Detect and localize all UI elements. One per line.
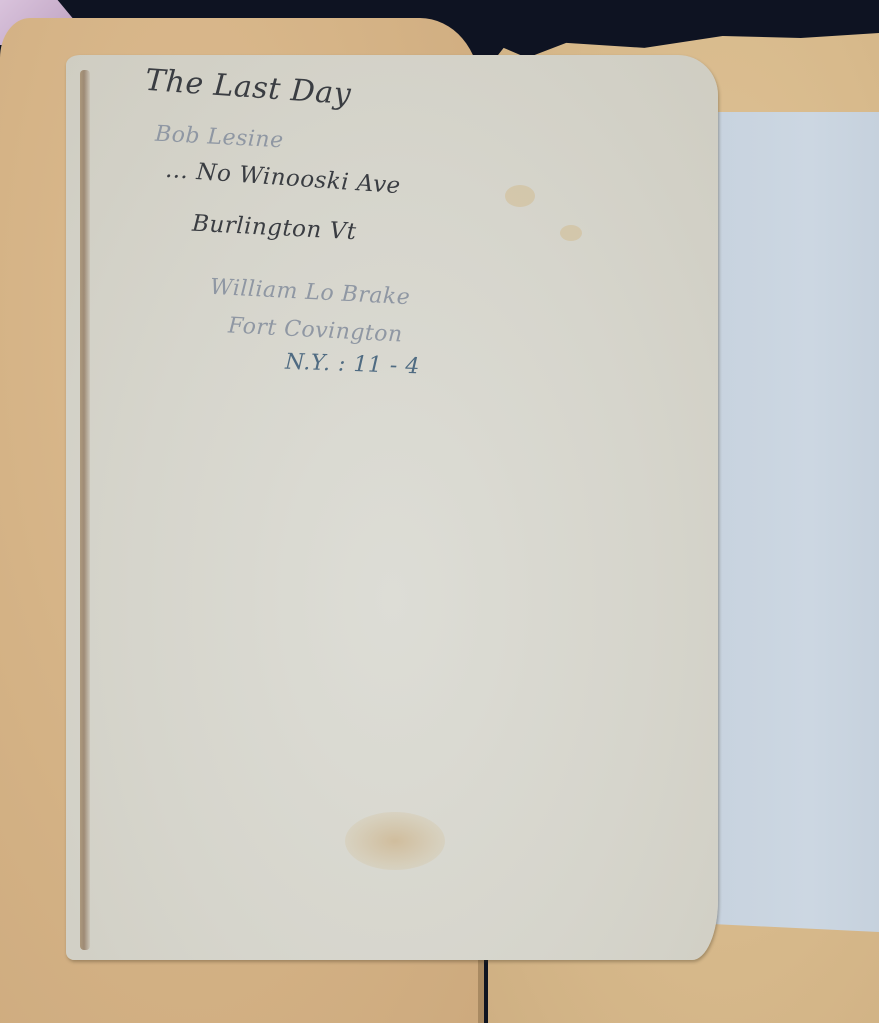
pamphlet-inner-page xyxy=(707,112,879,932)
foxing-spot xyxy=(560,225,582,241)
inscription-state-number: N.Y. : 11 - 4 xyxy=(285,350,421,380)
foxing-spot xyxy=(505,185,535,207)
album-gutter xyxy=(478,955,484,1023)
pamphlet-spine-edge xyxy=(80,70,90,950)
stain-mark xyxy=(345,812,445,870)
photo-scene: The Last Day Bob Lesine … No Winooski Av… xyxy=(0,0,879,1023)
